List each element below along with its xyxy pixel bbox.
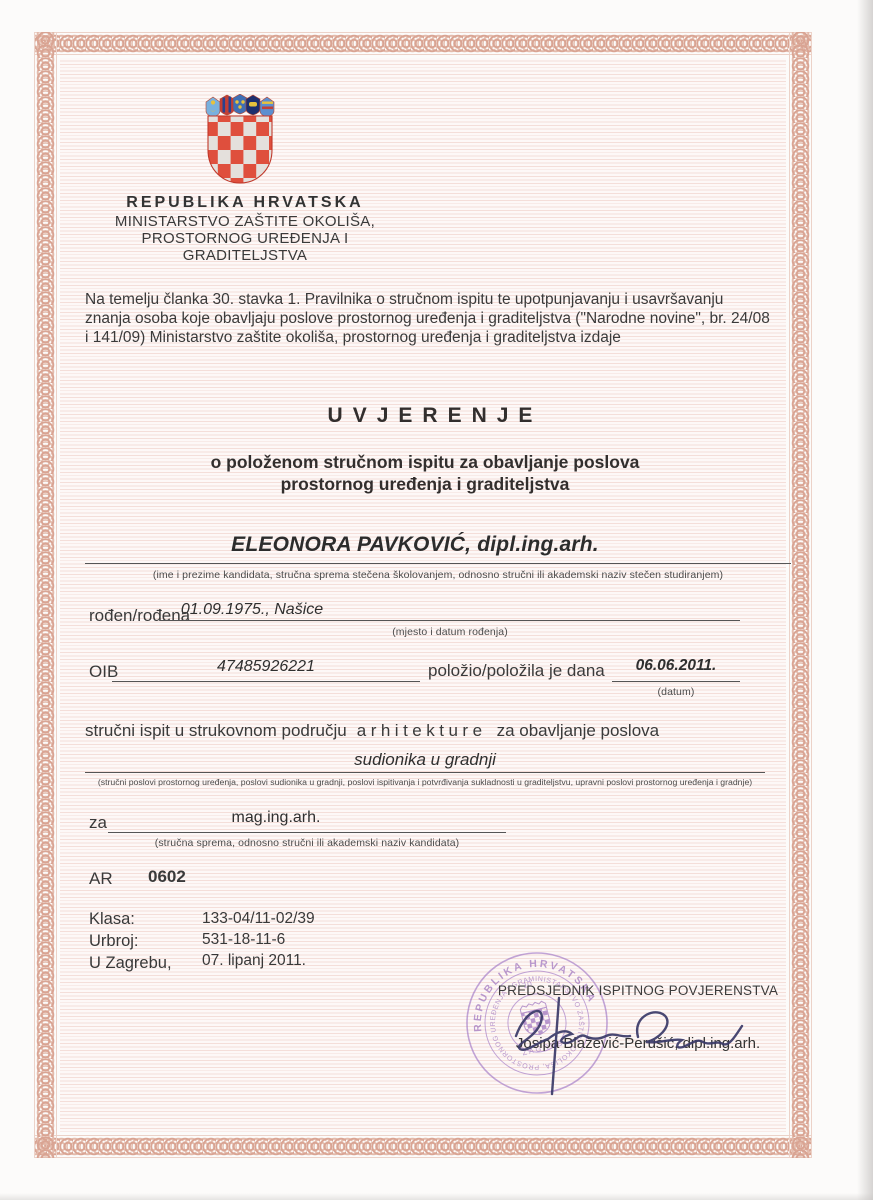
urbroj-label: Urbroj: xyxy=(89,932,139,951)
exam-field-suffix: za obavljanje poslova xyxy=(497,721,660,740)
letterhead-ministry-line2: PROSTORNOG UREĐENJA I GRADITELJSTVA xyxy=(85,230,405,264)
za-value: mag.ing.arh. xyxy=(156,809,396,827)
born-value: 01.09.1975., Našice xyxy=(162,601,342,619)
scope-value: sudionika u gradnji xyxy=(85,750,765,770)
date-caption: (datum) xyxy=(612,686,740,698)
date-underline xyxy=(612,681,740,682)
za-label: za xyxy=(89,813,107,833)
border-right xyxy=(789,32,812,1158)
document-subtitle-line1: o položenom stručnom ispitu za obavljanj… xyxy=(85,452,765,473)
exam-field-prefix: stručni ispit u strukovnom području xyxy=(85,721,347,740)
born-underline xyxy=(160,620,740,621)
croatia-coat-of-arms-icon xyxy=(205,94,275,186)
border-left xyxy=(34,32,57,1158)
candidate-name: ELEONORA PAVKOVIĆ, dipl.ing.arh. xyxy=(75,533,755,557)
letterhead-ministry-line1: MINISTARSTVO ZAŠTITE OKOLIŠA, xyxy=(85,213,405,230)
born-caption: (mjesto i datum rođenja) xyxy=(160,626,740,638)
name-underline xyxy=(85,563,791,564)
scope-underline xyxy=(85,772,765,773)
handwritten-signature xyxy=(486,992,756,1104)
border-top xyxy=(34,32,812,55)
oib-underline xyxy=(112,681,420,682)
urbroj-value: 531-18-11-6 xyxy=(202,931,285,949)
za-underline xyxy=(108,832,506,833)
legal-basis-paragraph: Na temelju članka 30. stavka 1. Pravilni… xyxy=(85,290,773,347)
place-label: U Zagrebu, xyxy=(89,954,172,973)
name-caption: (ime i prezime kandidata, stručna sprema… xyxy=(85,569,791,581)
klasa-label: Klasa: xyxy=(89,910,135,929)
oib-value: 47485926221 xyxy=(112,658,420,676)
document-title: UVJERENJE xyxy=(85,404,775,428)
scope-caption: (stručni poslovi prostornog uređenja, po… xyxy=(85,777,765,787)
scanned-certificate-page: REPUBLIKA HRVATSKA MINISTARSTVO ZAŠTITE … xyxy=(0,0,873,1200)
exam-field-line: stručni ispit u strukovnom područjuarhit… xyxy=(85,721,659,741)
issue-date-value: 07. lipanj 2011. xyxy=(202,952,306,970)
passed-label: položio/položila je dana xyxy=(428,661,605,681)
registry-number: 0602 xyxy=(148,867,186,887)
letterhead-country: REPUBLIKA HRVATSKA xyxy=(85,194,405,212)
border-bottom xyxy=(34,1135,812,1158)
passed-date-value: 06.06.2011. xyxy=(612,657,740,675)
registry-code: AR xyxy=(89,869,113,889)
za-caption: (stručna sprema, odnosno stručni ili aka… xyxy=(108,837,506,849)
klasa-value: 133-04/11-02/39 xyxy=(202,910,315,928)
exam-field-value: arhitekture xyxy=(357,721,487,740)
document-subtitle-line2: prostornog uređenja i graditeljstva xyxy=(85,474,765,495)
